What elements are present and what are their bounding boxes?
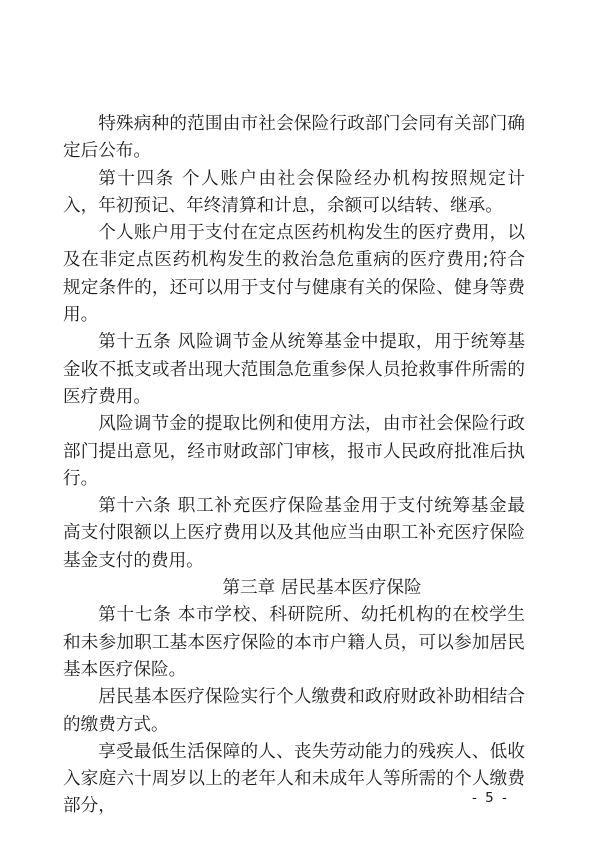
paragraph: 第十四条 个人账户由社会保险经办机构按照规定计入，年初预记、年终清算和计息，余额… bbox=[63, 166, 525, 221]
paragraph: 特殊病种的范围由市社会保险行政部门会同有关部门确定后公布。 bbox=[63, 111, 525, 166]
chapter-heading: 第三章 居民基本医疗保险 bbox=[63, 575, 525, 602]
paragraph: 第十六条 职工补充医疗保险基金用于支付统筹基金最高支付限额以上医疗费用以及其他应… bbox=[63, 493, 525, 575]
paragraph: 风险调节金的提取比例和使用方法，由市社会保险行政部门提出意见，经市财政部门审核，… bbox=[63, 411, 525, 493]
paragraph: 享受最低生活保障的人、丧失劳动能力的残疾人、低收入家庭六十周岁以上的老年人和未成… bbox=[63, 739, 525, 821]
document-page: 特殊病种的范围由市社会保险行政部门会同有关部门确定后公布。第十四条 个人账户由社… bbox=[0, 0, 600, 849]
document-body: 特殊病种的范围由市社会保险行政部门会同有关部门确定后公布。第十四条 个人账户由社… bbox=[63, 111, 525, 821]
paragraph: 第十五条 风险调节金从统筹基金中提取，用于统筹基金收不抵支或者出现大范围急危重参… bbox=[63, 329, 525, 411]
paragraph: 第十七条 本市学校、科研院所、幼托机构的在校学生和未参加职工基本医疗保险的本市户… bbox=[63, 602, 525, 684]
paragraph: 居民基本医疗保险实行个人缴费和政府财政补助相结合的缴费方式。 bbox=[63, 684, 525, 739]
paragraph: 个人账户用于支付在定点医药机构发生的医疗费用，以及在非定点医药机构发生的救治急危… bbox=[63, 220, 525, 329]
page-number: - 5 - bbox=[472, 790, 509, 806]
